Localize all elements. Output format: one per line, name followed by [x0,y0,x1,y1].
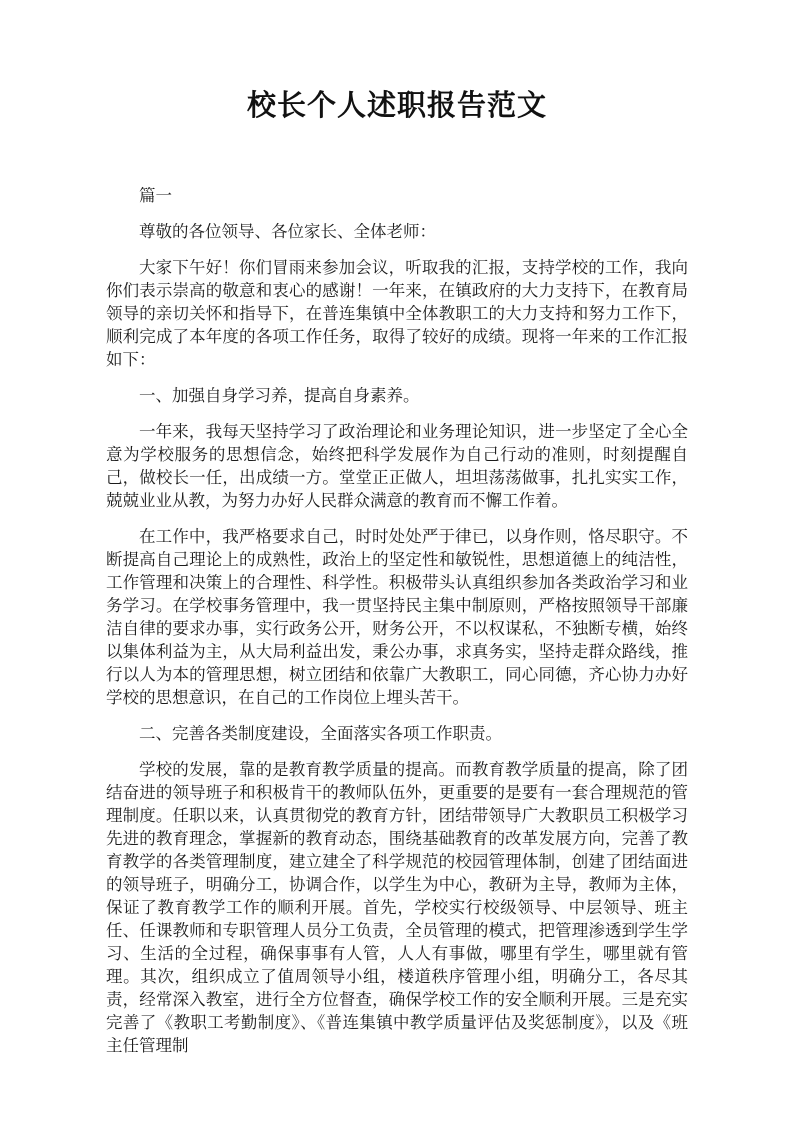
paragraph-intro: 大家下午好！你们冒雨来参加会议，听取我的汇报，支持学校的工作，我向你们表示崇高的… [106,256,688,371]
salutation: 尊敬的各位领导、各位家长、全体老师： [106,220,688,243]
paragraph-school-management: 学校的发展，靠的是教育教学质量的提高。而教育教学质量的提高，除了团结奋进的领导班… [106,758,688,1057]
document-title: 校长个人述职报告范文 [106,88,688,124]
section-heading-2: 二、完善各类制度建设，全面落实各项工作职责。 [106,722,688,745]
document-page: 校长个人述职报告范文 篇一 尊敬的各位领导、各位家长、全体老师： 大家下午好！你… [0,0,793,1122]
paragraph-self-study: 一年来，我每天坚持学习了政治理论和业务理论知识，进一步坚定了全心全意为学校服务的… [106,420,688,512]
paragraph-work-discipline: 在工作中，我严格要求自己，时时处处严于律已，以身作则，恪尽职守。不断提高自己理论… [106,525,688,709]
section-heading-1: 一、加强自身学习养，提高自身素养。 [106,384,688,407]
part-label: 篇一 [106,184,688,207]
